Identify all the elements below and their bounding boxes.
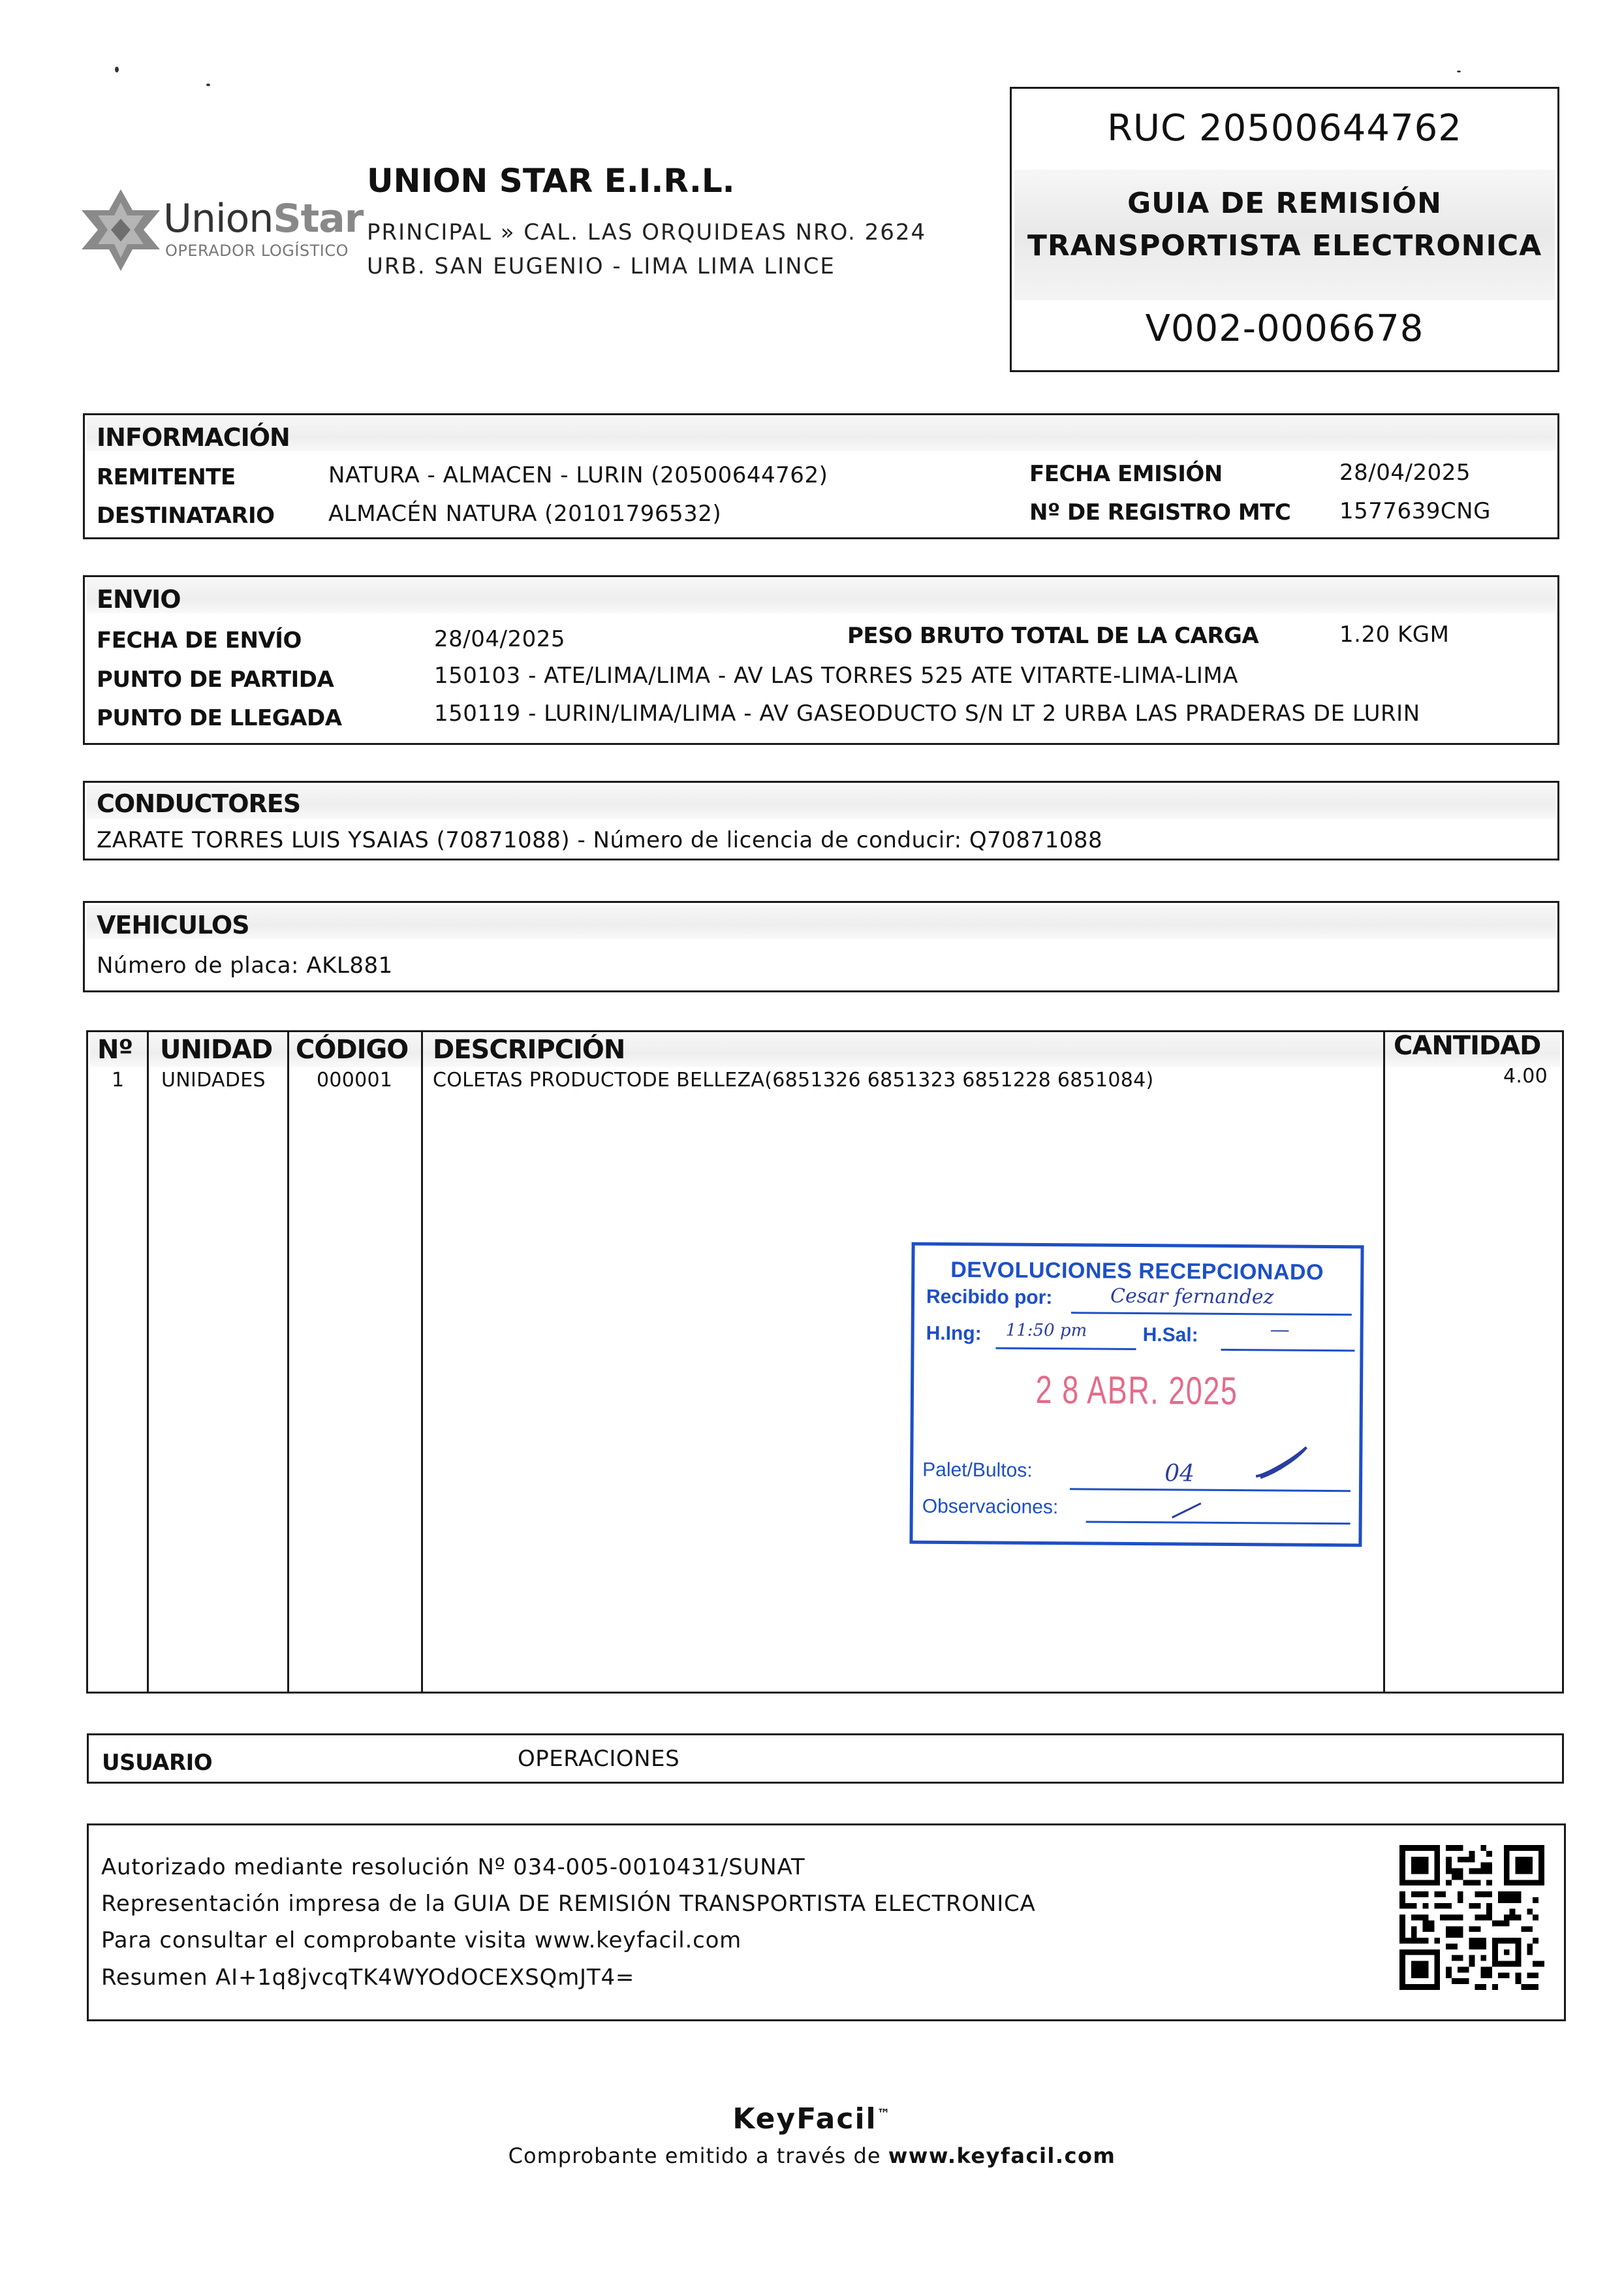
peso-bruto-value: 1.20 KGM bbox=[1339, 622, 1450, 648]
ruc-number: RUC 20500644762 bbox=[1012, 107, 1557, 150]
cell-descripcion: COLETAS PRODUCTODE BELLEZA(6851326 68513… bbox=[433, 1069, 1154, 1092]
column-divider bbox=[147, 1032, 149, 1692]
registro-mtc-value: 1577639CNG bbox=[1339, 498, 1491, 524]
stamp-recibido-label: Recibido por: bbox=[926, 1286, 1053, 1309]
registro-mtc-label: Nº DE REGISTRO MTC bbox=[1029, 499, 1290, 526]
usuario-section: USUARIO OPERACIONES bbox=[87, 1733, 1564, 1784]
header-no: Nº bbox=[97, 1035, 133, 1065]
stamp-palet-label: Palet/Bultos: bbox=[922, 1459, 1033, 1482]
company-name: UNION STAR E.I.R.L. bbox=[367, 162, 735, 200]
scan-speck bbox=[115, 67, 119, 72]
document-serie: V002-0006678 bbox=[1012, 308, 1557, 350]
remitente-label: REMITENTE bbox=[97, 464, 236, 490]
received-stamp: DEVOLUCIONES RECEPCIONADO Recibido por: … bbox=[909, 1242, 1364, 1547]
stamp-observaciones-label: Observaciones: bbox=[922, 1496, 1059, 1519]
company-address-line2: URB. SAN EUGENIO - LIMA LIMA LINCE bbox=[367, 253, 835, 279]
stamp-h-ing-handwritten: 11:50 pm bbox=[1006, 1321, 1087, 1341]
brand-name: KeyFacil bbox=[732, 2102, 877, 2136]
logo-tagline: OPERADOR LOGÍSTICO bbox=[165, 242, 349, 260]
stamp-h-sal-handwritten: — bbox=[1270, 1318, 1290, 1341]
vehiculos-section: VEHICULOS Número de placa: AKL881 bbox=[83, 901, 1559, 992]
brand-tagline-text: Comprobante emitido a través de bbox=[508, 2143, 888, 2168]
footer-hash: Resumen AI+1q8jvcqTK4WYOdOCEXSQmJT4= bbox=[101, 1964, 634, 1991]
column-divider bbox=[421, 1032, 423, 1692]
cell-codigo: 000001 bbox=[317, 1069, 392, 1092]
header-unidad: UNIDAD bbox=[160, 1035, 272, 1065]
column-divider bbox=[287, 1032, 289, 1692]
logo-wordmark: UnionStar bbox=[163, 196, 363, 242]
legal-footer-section bbox=[87, 1823, 1566, 2021]
usuario-label: USUARIO bbox=[102, 1750, 212, 1776]
conductores-section: CONDUCTORES ZARATE TORRES LUIS YSAIAS (7… bbox=[83, 781, 1559, 860]
document-title-line2: TRANSPORTISTA ELECTRONICA bbox=[1012, 229, 1557, 262]
cell-unidad: UNIDADES bbox=[161, 1069, 266, 1092]
section-header-band bbox=[87, 579, 1555, 613]
stamp-line bbox=[1221, 1349, 1354, 1351]
brand-url-link[interactable]: www.keyfacil.com bbox=[888, 2143, 1116, 2168]
punto-partida-value: 150103 - ATE/LIMA/LIMA - AV LAS TORRES 5… bbox=[434, 663, 1238, 689]
stamp-line bbox=[995, 1347, 1136, 1350]
section-header-band bbox=[87, 905, 1555, 939]
footer-representation: Representación impresa de la GUIA DE REM… bbox=[101, 1891, 1036, 1917]
logo-word-star: Star bbox=[273, 196, 363, 242]
vehiculo-placa-value: Número de placa: AKL881 bbox=[97, 953, 393, 979]
punto-llegada-label: PUNTO DE LLEGADA bbox=[97, 705, 342, 731]
fecha-envio-label: FECHA DE ENVÍO bbox=[97, 627, 302, 654]
conductores-title: CONDUCTORES bbox=[97, 789, 300, 818]
footer-consult: Para consultar el comprobante visita www… bbox=[101, 1927, 742, 1953]
conductor-value: ZARATE TORRES LUIS YSAIAS (70871088) - N… bbox=[97, 827, 1102, 853]
stamp-palet-handwritten: 04 bbox=[1164, 1460, 1195, 1487]
check-mark-icon bbox=[1253, 1443, 1311, 1483]
punto-llegada-value: 150119 - LURIN/LIMA/LIMA - AV GASEODUCTO… bbox=[434, 701, 1420, 727]
punto-partida-label: PUNTO DE PARTIDA bbox=[97, 667, 334, 693]
brand-tagline: Comprobante emitido a través de www.keyf… bbox=[0, 2143, 1624, 2168]
envio-section: ENVIO FECHA DE ENVÍO 28/04/2025 PESO BRU… bbox=[83, 575, 1559, 745]
informacion-section: INFORMACIÓN REMITENTE NATURA - ALMACEN -… bbox=[83, 413, 1559, 539]
vehiculos-title: VEHICULOS bbox=[97, 911, 249, 939]
cell-cantidad: 4.00 bbox=[1503, 1065, 1548, 1088]
trademark-symbol: ™ bbox=[877, 2106, 892, 2121]
slash-mark-icon bbox=[1171, 1500, 1204, 1520]
fecha-envio-value: 28/04/2025 bbox=[434, 626, 565, 652]
scan-speck bbox=[1457, 71, 1461, 72]
stamp-h-ing-label: H.Ing: bbox=[926, 1323, 982, 1346]
keyfacil-brand: KeyFacil™ bbox=[0, 2102, 1624, 2136]
column-divider bbox=[1383, 1032, 1385, 1692]
remitente-value: NATURA - ALMACEN - LURIN (20500644762) bbox=[328, 462, 828, 488]
stamp-recibido-handwritten: Cesar fernandez bbox=[1110, 1285, 1274, 1309]
company-address-line1: PRINCIPAL » CAL. LAS ORQUIDEAS NRO. 2624 bbox=[367, 219, 926, 245]
section-header-band bbox=[87, 785, 1555, 819]
informacion-title: INFORMACIÓN bbox=[97, 423, 290, 452]
envio-title: ENVIO bbox=[97, 585, 181, 614]
stamp-h-sal-label: H.Sal: bbox=[1143, 1324, 1198, 1347]
stamp-line bbox=[1086, 1521, 1351, 1524]
usuario-value: OPERACIONES bbox=[518, 1746, 679, 1772]
logo-word-union: Union bbox=[163, 196, 273, 242]
document-id-box: RUC 20500644762 GUIA DE REMISIÓN TRANSPO… bbox=[1010, 87, 1559, 372]
star-logo-icon bbox=[82, 189, 160, 271]
document-title-line1: GUIA DE REMISIÓN bbox=[1012, 187, 1557, 220]
header-descripcion: DESCRIPCIÓN bbox=[433, 1035, 625, 1065]
header-codigo: CÓDIGO bbox=[296, 1035, 408, 1065]
qr-code-icon bbox=[1399, 1845, 1544, 1990]
scan-speck bbox=[206, 84, 210, 86]
destinatario-label: DESTINATARIO bbox=[97, 503, 275, 529]
fecha-emision-label: FECHA EMISIÓN bbox=[1029, 461, 1223, 487]
peso-bruto-label: PESO BRUTO TOTAL DE LA CARGA bbox=[847, 623, 1258, 649]
stamp-date: 2 8 ABR. 2025 bbox=[969, 1366, 1304, 1414]
header-cantidad: CANTIDAD bbox=[1394, 1031, 1540, 1061]
destinatario-value: ALMACÉN NATURA (20101796532) bbox=[328, 501, 721, 527]
stamp-line bbox=[1070, 1488, 1351, 1492]
section-header-band bbox=[87, 417, 1555, 451]
cell-no: 1 bbox=[112, 1069, 124, 1092]
footer-resolution: Autorizado mediante resolución Nº 034-00… bbox=[101, 1854, 805, 1880]
stamp-line bbox=[1071, 1312, 1352, 1316]
stamp-title: DEVOLUCIONES RECEPCIONADO bbox=[950, 1257, 1324, 1285]
fecha-emision-value: 28/04/2025 bbox=[1339, 460, 1471, 486]
